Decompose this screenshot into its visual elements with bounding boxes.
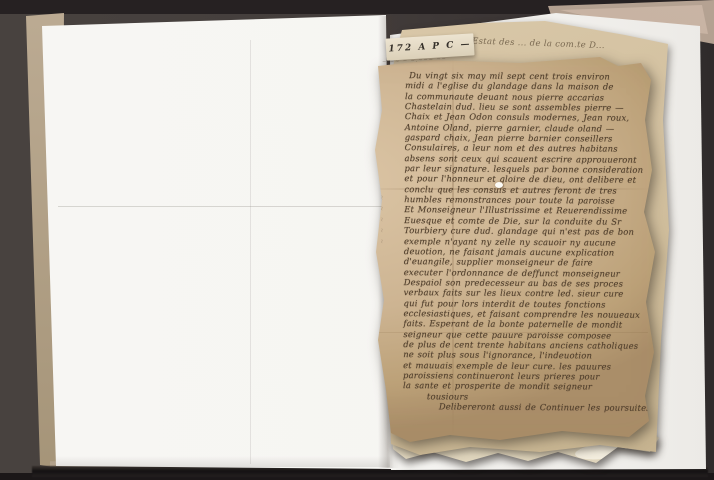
manuscript-heading: Estat des ... de la com.te D... bbox=[472, 37, 672, 54]
paper-hole bbox=[495, 182, 503, 188]
left-page-horizontal-crease bbox=[58, 206, 384, 207]
manuscript-line: Delibereront aussi de Continuer les pour… bbox=[439, 401, 653, 413]
archival-scan: Estat des ... de la com.te D... Du vingt… bbox=[0, 0, 714, 480]
manuscript-text: Du vingt six may mil sept cent trois env… bbox=[403, 70, 655, 413]
archive-label-text: 172 A P C — bbox=[388, 39, 472, 54]
left-page-vertical-crease bbox=[250, 40, 251, 464]
left-page-bottom-shade bbox=[44, 456, 390, 467]
